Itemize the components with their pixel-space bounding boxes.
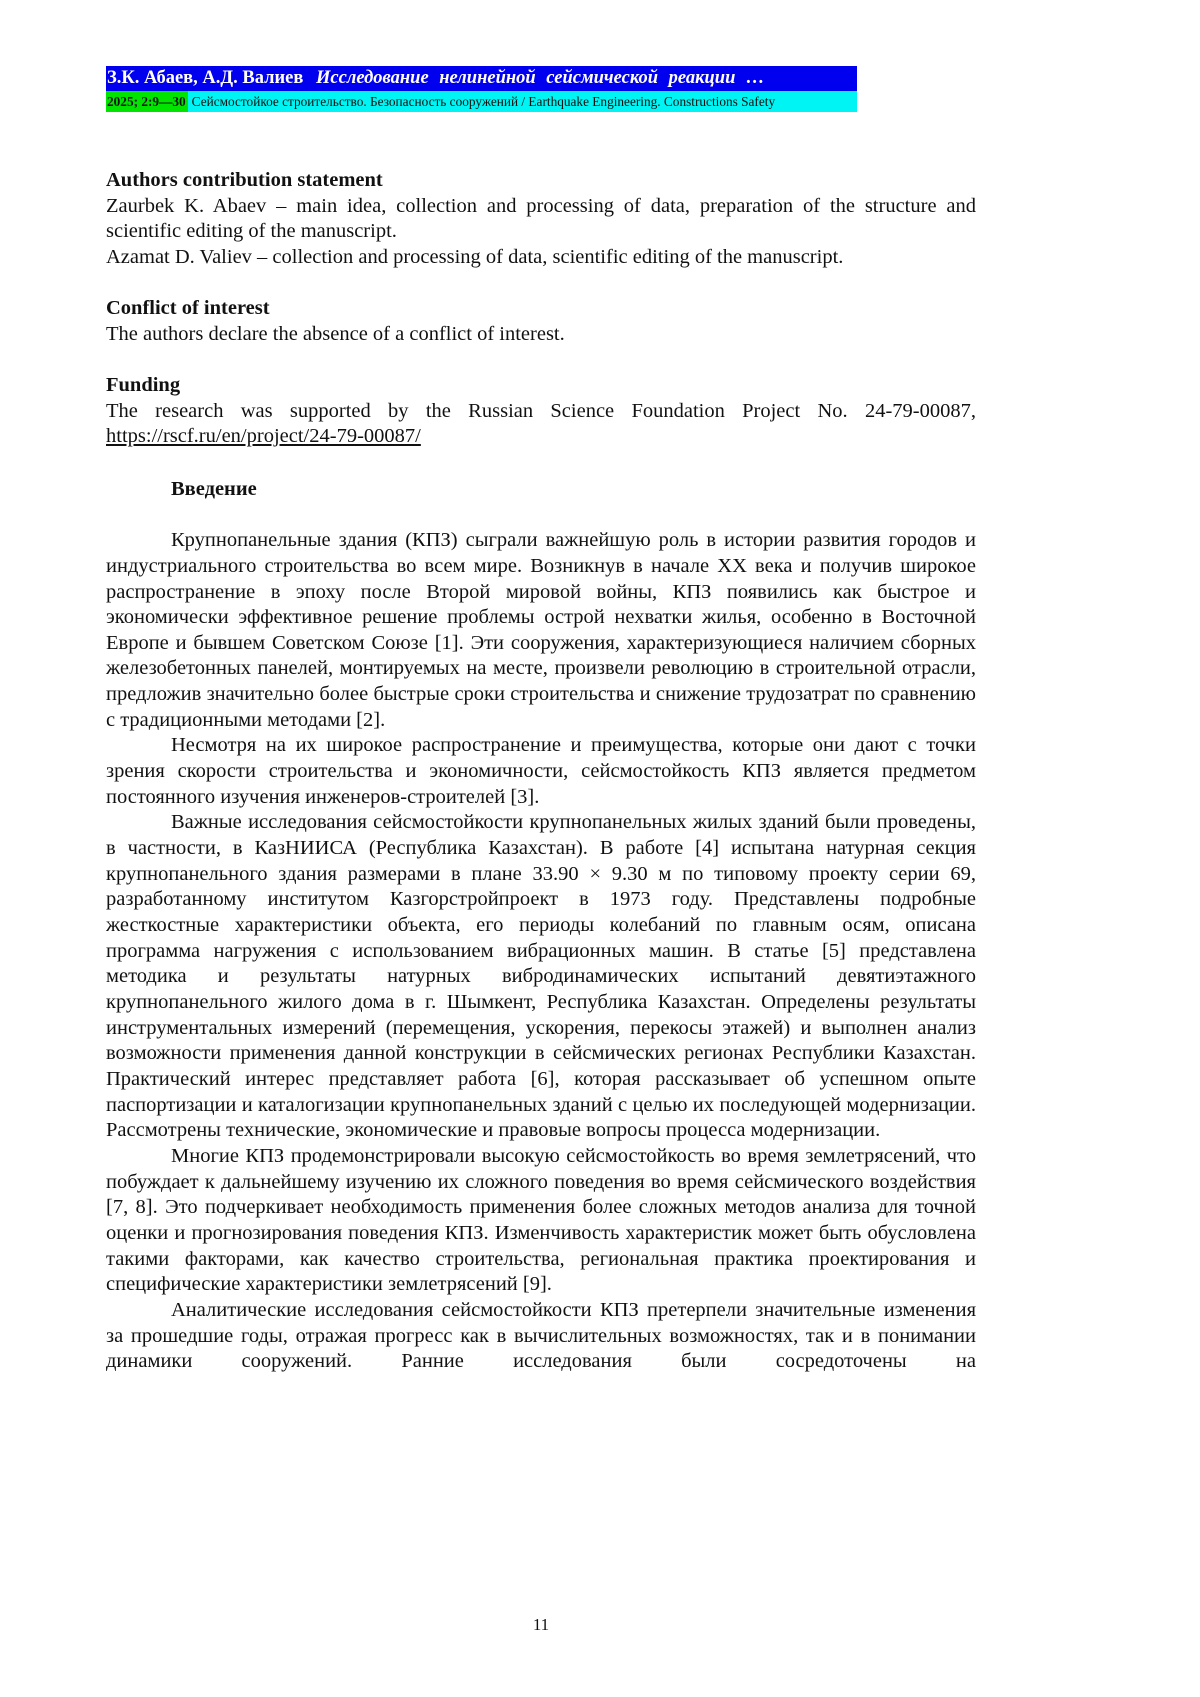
conflict-of-interest-section: Conflict of interest The authors declare… xyxy=(106,296,976,347)
header-article-title: Исследование нелинейной сейсмической реа… xyxy=(316,68,764,88)
header-journal: Сейсмостойкое строительство. Безопасност… xyxy=(188,91,857,112)
funding-heading: Funding xyxy=(106,373,976,399)
funding-link[interactable]: https://rscf.ru/en/project/24-79-00087/ xyxy=(106,425,421,447)
running-header-title-bar: З.К. Абаев, А.Д. Валиев Исследование нел… xyxy=(106,66,857,91)
introduction-section: Введение Крупнопанельные здания (КПЗ) сы… xyxy=(106,477,976,1375)
intro-paragraph: Многие КПЗ продемонстрировали высокую се… xyxy=(106,1144,976,1298)
header-issue: 2025; 2:9—30 xyxy=(106,91,188,112)
intro-paragraph: Несмотря на их широкое распространение и… xyxy=(106,733,976,810)
page: З.К. Абаев, А.Д. Валиев Исследование нел… xyxy=(106,66,976,112)
header-authors: З.К. Абаев, А.Д. Валиев xyxy=(107,68,303,88)
running-header-journal-bar: 2025; 2:9—30 Сейсмостойкое строительство… xyxy=(106,91,857,112)
contribution-valiev: Azamat D. Valiev – collection and proces… xyxy=(106,245,976,271)
funding-text: The research was supported by the Russia… xyxy=(106,399,976,425)
conflict-heading: Conflict of interest xyxy=(106,296,976,322)
intro-paragraph: Крупнопанельные здания (КПЗ) сыграли важ… xyxy=(106,528,976,733)
authors-contribution-heading: Authors contribution statement xyxy=(106,168,976,194)
page-number: 11 xyxy=(106,1615,976,1635)
intro-paragraph: Аналитические исследования сейсмостойкос… xyxy=(106,1298,976,1375)
authors-contribution-section: Authors contribution statement Zaurbek K… xyxy=(106,168,976,270)
introduction-heading: Введение xyxy=(171,477,976,503)
contribution-abaev: Zaurbek K. Abaev – main idea, collection… xyxy=(106,194,976,245)
funding-section: Funding The research was supported by th… xyxy=(106,373,976,450)
intro-paragraph: Важные исследования сейсмостойкости круп… xyxy=(106,810,976,1144)
conflict-text: The authors declare the absence of a con… xyxy=(106,322,976,348)
